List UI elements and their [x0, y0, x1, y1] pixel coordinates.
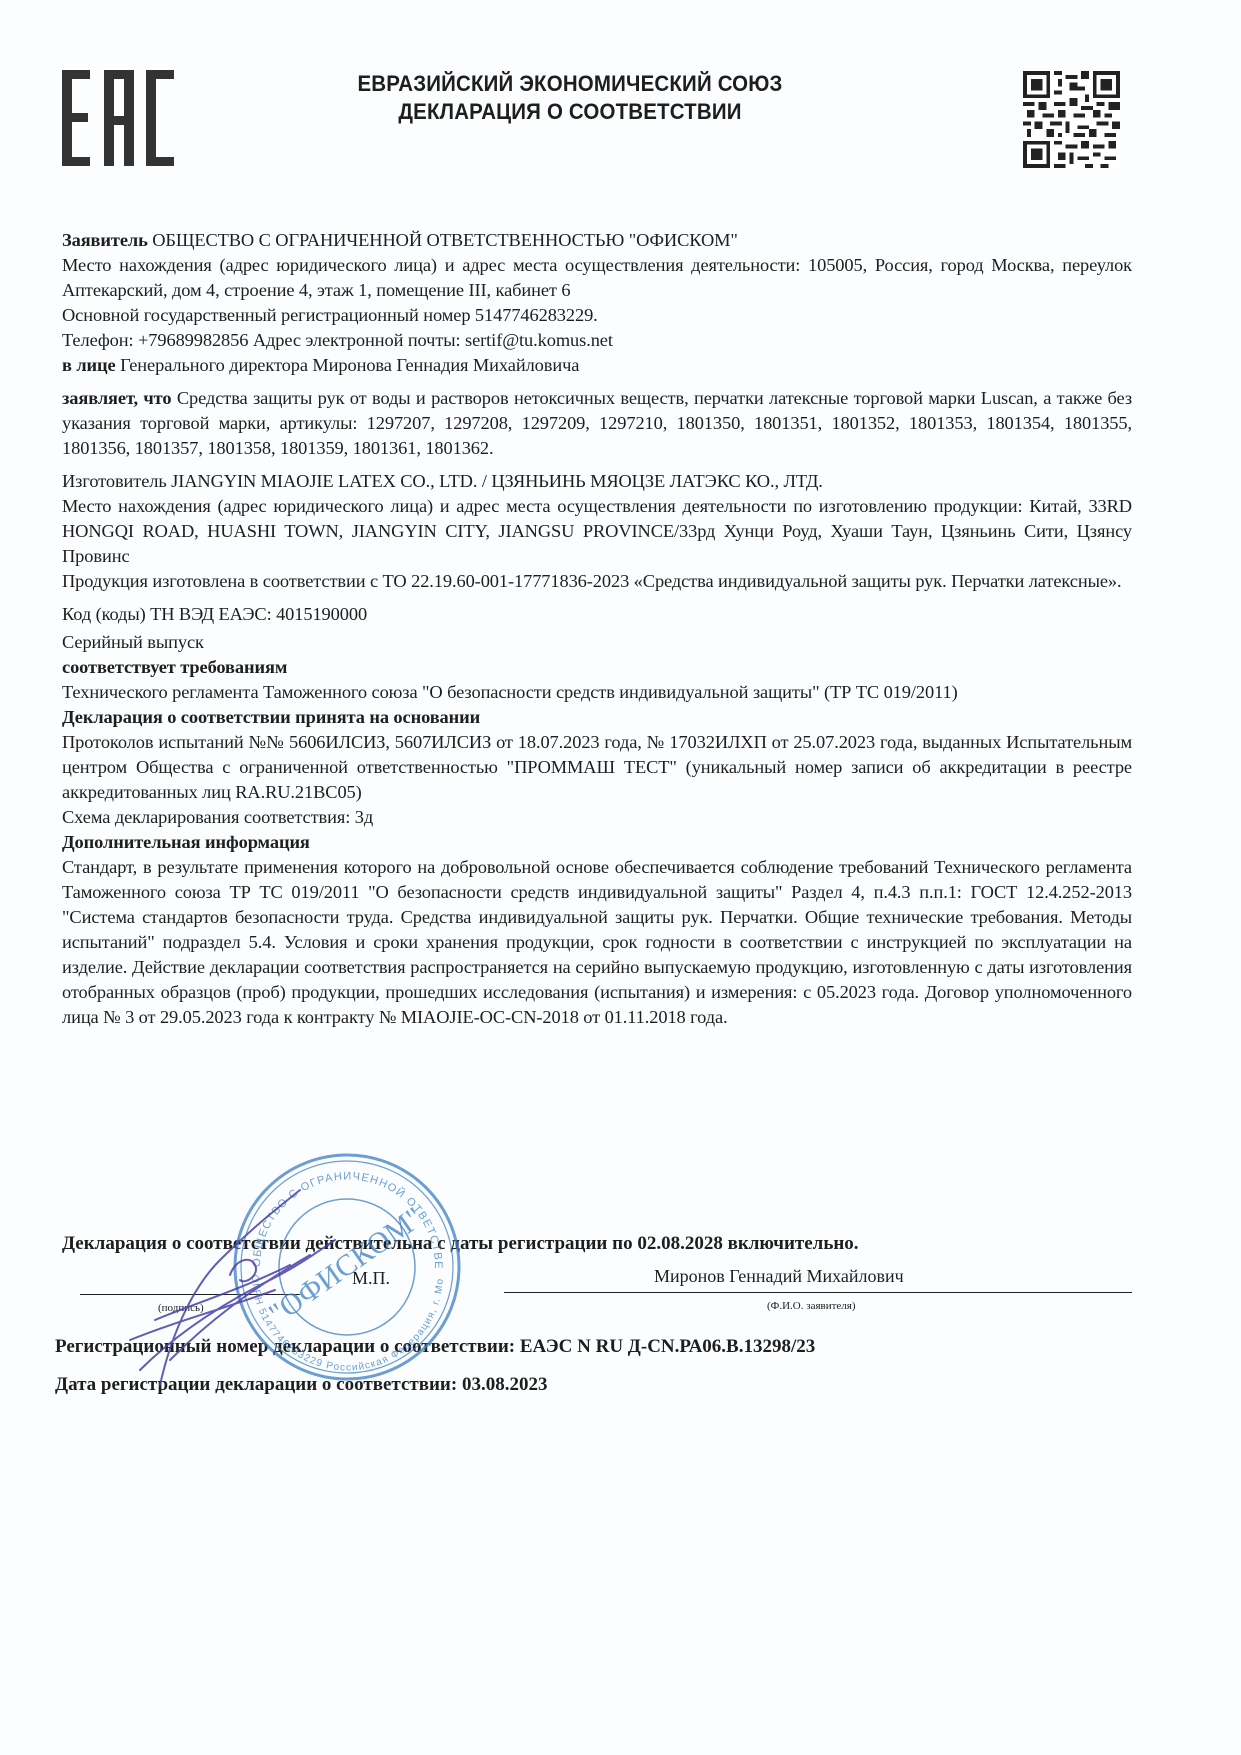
applicant-label: Заявитель — [62, 230, 148, 250]
manufacturer-address: Место нахождения (адрес юридического лиц… — [62, 494, 1132, 569]
registration-number: Регистрационный номер декларации о соотв… — [55, 1336, 1135, 1358]
represented-label: в лице — [62, 355, 116, 375]
applicant-name-line — [504, 1292, 1132, 1293]
applicant-address: Место нахождения (адрес юридического лиц… — [62, 253, 1132, 303]
signature-caption: (подпись) — [158, 1302, 204, 1314]
eac-mark-icon — [62, 70, 174, 166]
additional-info-label: Дополнительная информация — [62, 830, 1132, 855]
requirements-text: Технического регламента Таможенного союз… — [62, 680, 1132, 705]
validity-statement: Декларация о соответствии действительна … — [62, 1233, 1132, 1255]
applicant-ogrn: Основной государственный регистрационный… — [62, 303, 1132, 328]
represented-by-line: в лице Генерального директора Миронова Г… — [62, 353, 1132, 378]
applicant-line: Заявитель ОБЩЕСТВО С ОГРАНИЧЕННОЙ ОТВЕТС… — [62, 228, 1132, 253]
tn-ved-code: Код (коды) ТН ВЭД ЕАЭС: 4015190000 — [62, 602, 1132, 627]
eac-logo — [62, 70, 174, 166]
manufacturer-name: JIANGYIN MIAOJIE LATEX CO., LTD. / ЦЗЯНЬ… — [171, 471, 823, 491]
manufacturer-label: Изготовитель — [62, 471, 167, 491]
manufacturer-line: Изготовитель JIANGYIN MIAOJIE LATEX CO.,… — [62, 469, 1132, 494]
applicant-full-name: Миронов Геннадий Михайлович — [654, 1266, 904, 1287]
document-header: ЕВРАЗИЙСКИЙ ЭКОНОМИЧЕСКИЙ СОЮЗ ДЕКЛАРАЦИ… — [310, 70, 831, 126]
document-title: ДЕКЛАРАЦИЯ О СООТВЕТСТВИИ — [310, 98, 831, 126]
declaration-scheme: Схема декларирования соответствия: 3д — [62, 805, 1132, 830]
applicant-name-caption: (Ф.И.О. заявителя) — [767, 1300, 856, 1312]
applicant-name: ОБЩЕСТВО С ОГРАНИЧЕННОЙ ОТВЕТСТВЕННОСТЬЮ… — [152, 230, 738, 250]
declaration-statement: заявляет, что Средства защиты рук от вод… — [62, 386, 1132, 461]
represented-name: Генерального директора Миронова Геннадия… — [120, 355, 579, 375]
product-description: Средства защиты рук от воды и растворов … — [62, 388, 1132, 458]
applicant-contacts: Телефон: +79689982856 Адрес электронной … — [62, 328, 1132, 353]
declaration-body: Заявитель ОБЩЕСТВО С ОГРАНИЧЕННОЙ ОТВЕТС… — [62, 228, 1132, 1030]
stamp-place-label: М.П. — [352, 1268, 390, 1289]
qr-code-icon — [1023, 71, 1120, 168]
handwritten-signature — [100, 1170, 350, 1400]
svg-text:"ОФИСКОМ": "ОФИСКОМ" — [263, 1201, 429, 1331]
signature-scribble-icon — [100, 1170, 350, 1400]
qr-code[interactable] — [1023, 71, 1120, 168]
registration-date: Дата регистрации декларации о соответств… — [55, 1374, 1135, 1396]
requirements-label: соответствует требованиям — [62, 655, 1132, 680]
manufacturer-standard: Продукция изготовлена в соответствии с Т… — [62, 569, 1132, 594]
basis-text: Протоколов испытаний №№ 5606ИЛСИЗ, 5607И… — [62, 730, 1132, 805]
signature-line — [80, 1294, 300, 1295]
basis-label: Декларация о соответствии принята на осн… — [62, 705, 1132, 730]
union-title: ЕВРАЗИЙСКИЙ ЭКОНОМИЧЕСКИЙ СОЮЗ — [310, 70, 831, 98]
additional-info-text: Стандарт, в результате применения которо… — [62, 855, 1132, 1030]
declares-label: заявляет, что — [62, 388, 171, 408]
release-type: Серийный выпуск — [62, 630, 1132, 655]
